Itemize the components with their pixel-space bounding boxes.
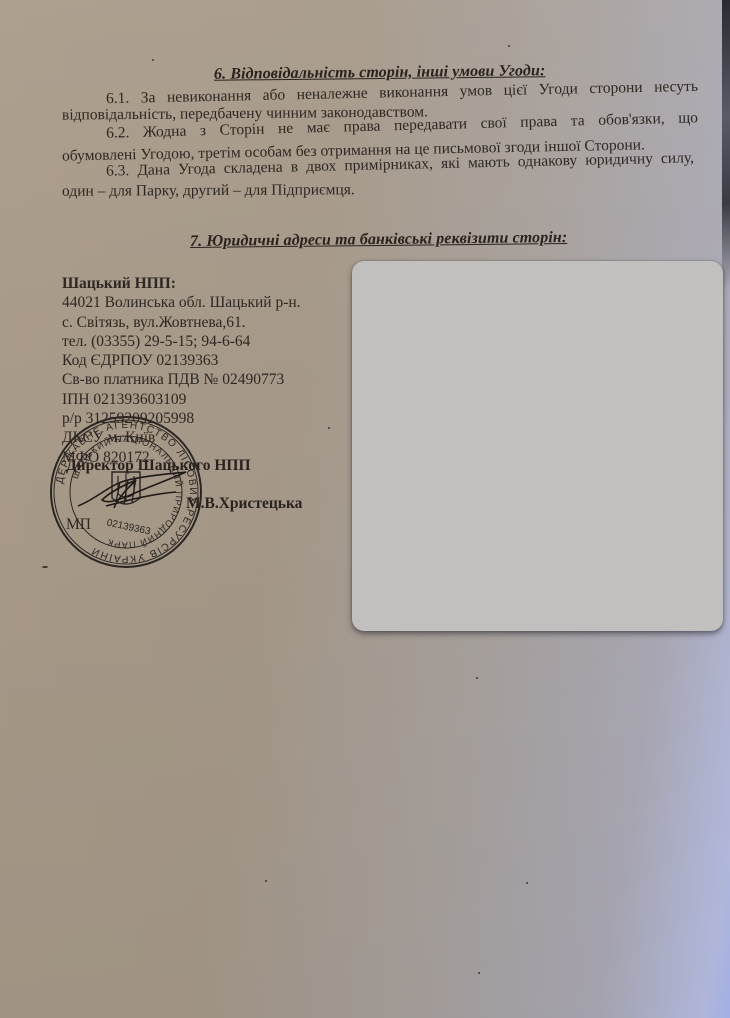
dust-speck [478,972,480,974]
party-1-address-line: 44021 Волинська обл. Шацький р-н. [62,293,301,312]
official-stamp-icon: ДЕРЖАВНЕ АГЕНТСТВО ЛІСОВИХ РЕСУРСІВ УКРА… [48,414,204,570]
dust-speck [152,59,154,61]
clause-6-3-line-2: один – для Парку, другий – для Підприємц… [62,181,355,201]
party-1-address-line: с. Світязь, вул.Жовтнева,61. [62,313,301,332]
dust-speck [42,566,48,568]
dust-speck [526,882,528,884]
section-7-heading: 7. Юридичні адреси та банківські реквізи… [190,229,567,251]
svg-text:02139363: 02139363 [106,518,152,538]
dust-speck [265,880,267,882]
party-1-phone: тел. (03355) 29-5-15; 94-6-64 [62,332,301,351]
party-1-tax-id: ІПН 021393603109 [62,390,301,409]
party-1-name: Шацький НПП: [62,274,301,293]
party-1-vat-cert: Св-во платника ПДВ № 02490773 [62,370,301,389]
section-6-heading: 6. Відповідальність сторін, інші умови У… [214,62,546,83]
dust-speck [328,427,330,429]
dust-speck [508,45,510,47]
dust-speck [476,677,478,679]
party-1-edrpou: Код ЄДРПОУ 02139363 [62,351,301,370]
next-page-edge [722,0,730,290]
redacted-party-2-block [352,261,723,631]
